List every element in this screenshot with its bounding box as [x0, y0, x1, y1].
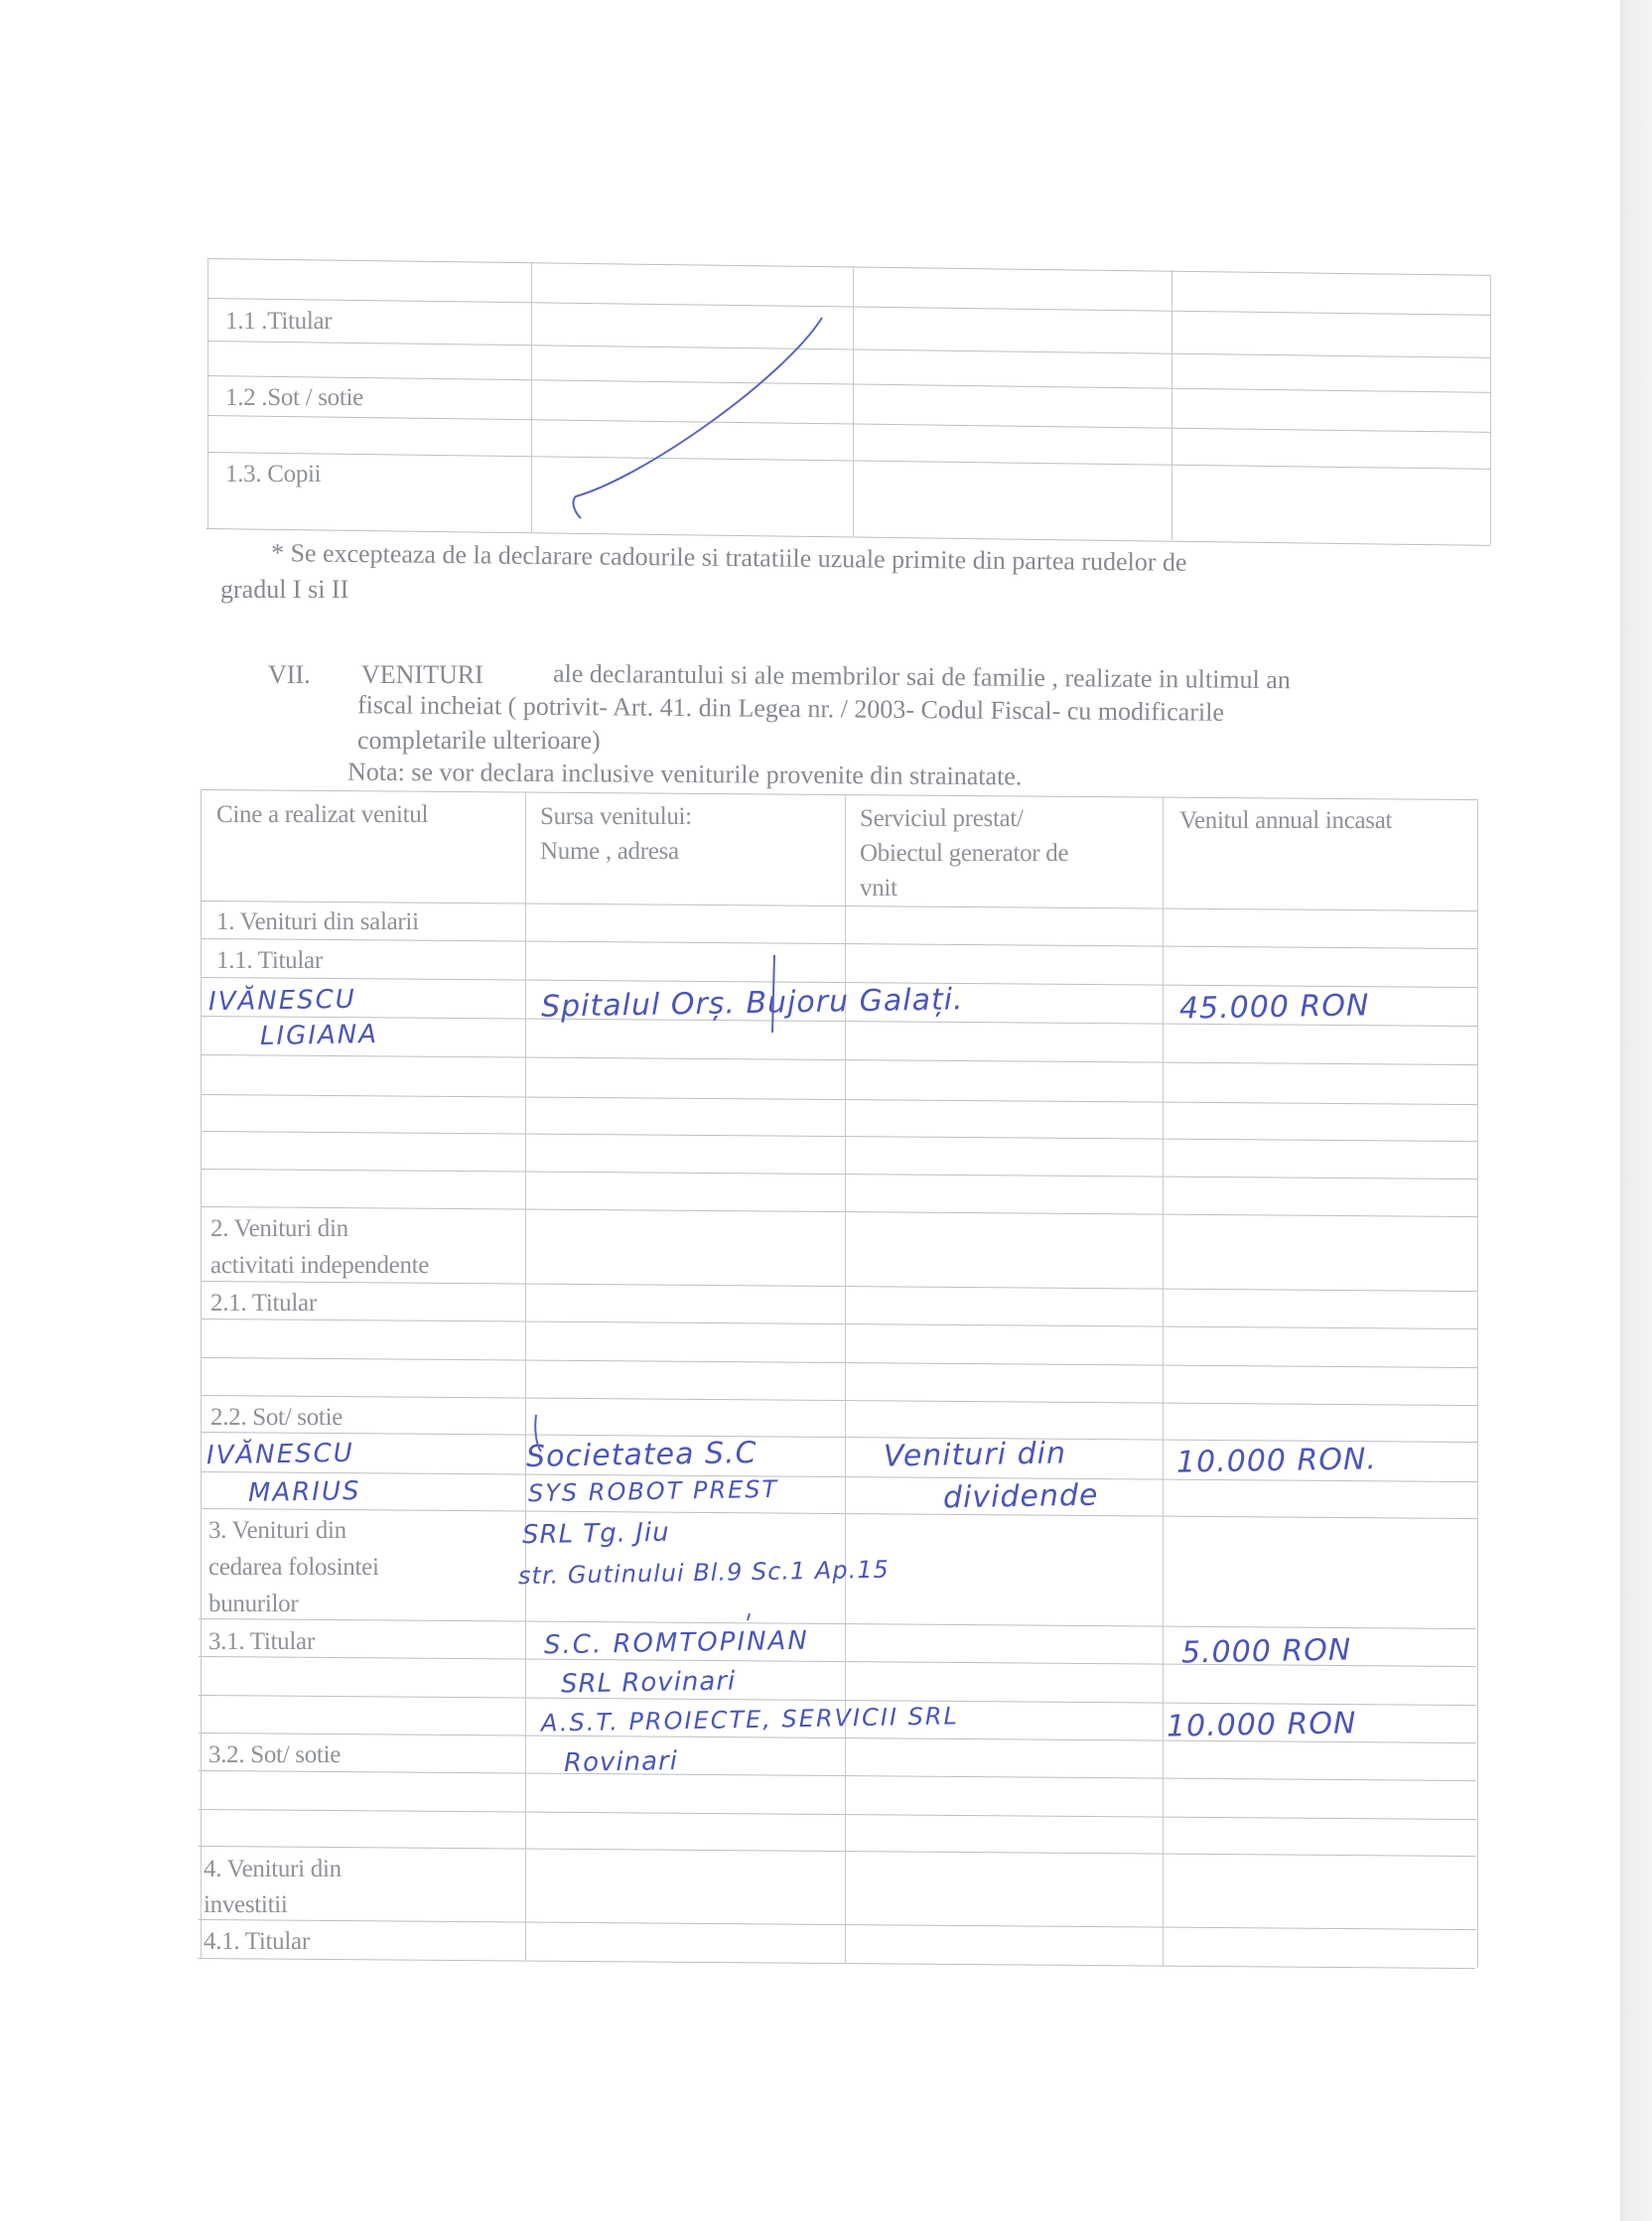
- table-line: [199, 1846, 1476, 1857]
- row-label-spouse: 1.2 .Sot / sotie: [225, 385, 363, 410]
- table-line: [199, 1618, 1476, 1629]
- table-line: [853, 266, 854, 536]
- table-line: [1163, 797, 1164, 1967]
- hand-usage-spouse-source-1: A.S.T. PROIECTE, SERVICII SRL: [541, 1702, 959, 1736]
- hand-usage-spouse-amount: 10.000 RON: [1167, 1706, 1357, 1743]
- section-intro-line-3: completarile ulterioare): [357, 725, 601, 757]
- row-label-children: 1.3. Copii: [225, 462, 321, 486]
- table-line: [207, 341, 1491, 358]
- hand-spouse-service-1: Venituri din: [884, 1436, 1067, 1473]
- hand-spouse-source-4: str. Gutinului Bl.9 Sc.1 Ap.15: [518, 1556, 890, 1591]
- header-amount: Venitul annual incasat: [1179, 808, 1392, 833]
- hand-salary-holder-name-1: IVĂNESCU: [208, 985, 356, 1018]
- label-salaries: 1. Venituri din salarii: [216, 909, 419, 934]
- table-line: [201, 1508, 1478, 1519]
- hand-spouse-source-3: SRL Tg. Jiu: [522, 1518, 670, 1551]
- footnote-line-1: * Se excepteaza de la declarare cadouril…: [271, 537, 1187, 579]
- hand-spouse-name-2: MARIUS: [248, 1476, 361, 1508]
- hand-spouse-amount: 10.000 RON.: [1176, 1442, 1378, 1480]
- hand-spouse-name-1: IVĂNESCU: [206, 1439, 354, 1471]
- label-usage-holder: 3.1. Titular: [208, 1629, 315, 1654]
- hand-spouse-source-1: Societatea S.C: [526, 1436, 757, 1474]
- label-salaries-holder: 1.1. Titular: [216, 948, 323, 973]
- hand-salary-source: Spitalul Orș. Bujoru Galați.: [541, 982, 964, 1024]
- table-line: [201, 789, 202, 1958]
- label-independent-spouse: 2.2. Sot/ sotie: [210, 1405, 343, 1430]
- table-line: [201, 1131, 1478, 1142]
- table-line: [199, 1919, 1476, 1930]
- table-line: [201, 1319, 1478, 1329]
- label-independent-holder: 2.1. Titular: [210, 1291, 317, 1316]
- table-line: [1171, 270, 1172, 540]
- table-line: [201, 938, 1478, 949]
- table-line: [207, 258, 208, 528]
- table-line: [207, 298, 1491, 316]
- hand-usage-holder-source-2: SRL Rovinari: [561, 1666, 737, 1699]
- hand-salary-amount: 45.000 RON: [1179, 988, 1370, 1026]
- table-line: [201, 1054, 1478, 1065]
- hand-usage-holder-amount: 5.000 RON: [1181, 1633, 1352, 1671]
- table-line: [201, 1357, 1478, 1368]
- hand-spouse-source-2: SYS ROBOT PREST: [528, 1475, 779, 1507]
- header-service-line-3: vnit: [860, 876, 897, 901]
- section-title: VENITURI: [361, 659, 483, 691]
- table-line: [1477, 800, 1478, 1968]
- label-investments-line-2: investitii: [204, 1892, 288, 1917]
- row-label-titular: 1.1 .Titular: [225, 309, 332, 334]
- header-service-line-1: Serviciul prestat/: [860, 806, 1024, 831]
- table-line: [199, 1770, 1476, 1781]
- header-who: Cine a realizat venitul: [216, 802, 428, 827]
- label-independent-line-2: activitati independente: [210, 1253, 429, 1278]
- table-line: [1490, 275, 1491, 545]
- label-investments-holder: 4.1. Titular: [204, 1929, 310, 1954]
- table-line: [201, 1169, 1478, 1180]
- scan-edge-shadow: [1620, 0, 1652, 2221]
- table-line: [207, 452, 1491, 470]
- hand-spouse-service-2: dividende: [943, 1478, 1099, 1516]
- label-independent-line-1: 2. Venituri din: [210, 1216, 348, 1241]
- table-line: [525, 791, 526, 1961]
- table-line: [201, 1432, 1478, 1443]
- table-line: [207, 258, 1491, 276]
- label-usage-spouse: 3.2. Sot/ sotie: [208, 1742, 341, 1767]
- footnote-line-2: gradul I si II: [220, 574, 348, 606]
- scanned-page: 1.1 .Titular 1.2 .Sot / sotie 1.3. Copii…: [0, 0, 1620, 2221]
- header-source-line-1: Sursa venitului:: [540, 804, 692, 829]
- hand-usage-spouse-source-2: Rovinari: [564, 1746, 678, 1778]
- table-line: [207, 375, 1491, 393]
- header-service-line-2: Obiectul generator de: [860, 841, 1068, 866]
- section-number: VII.: [268, 659, 311, 691]
- hand-usage-holder-source-1: S.C. ROMTOPINAN: [544, 1626, 809, 1661]
- label-usage-line-3: bunurilor: [208, 1592, 298, 1616]
- table-line: [201, 1206, 1478, 1217]
- section-intro-line-2: fiscal incheiat ( potrivit- Art. 41. din…: [357, 689, 1224, 729]
- table-line: [198, 1958, 1475, 1969]
- table-line: [207, 415, 1491, 433]
- table-line: [201, 1094, 1478, 1105]
- table-line: [199, 1809, 1476, 1820]
- label-usage-line-1: 3. Venituri din: [208, 1518, 346, 1543]
- label-usage-line-2: cedarea folosintei: [208, 1555, 379, 1580]
- label-investments-line-1: 4. Venituri din: [204, 1857, 342, 1881]
- hand-salary-holder-name-2: LIGIANA: [260, 1020, 379, 1051]
- table-line: [201, 1395, 1478, 1406]
- section-intro-line-1: ale declarantului si ale membrilor sai d…: [553, 658, 1291, 696]
- table-line: [845, 794, 846, 1964]
- table-line: [531, 262, 532, 532]
- section-note: Nota: se vor declara inclusive venituril…: [347, 757, 1023, 793]
- table-line: [201, 1281, 1478, 1292]
- header-source-line-2: Nume , adresa: [540, 839, 679, 864]
